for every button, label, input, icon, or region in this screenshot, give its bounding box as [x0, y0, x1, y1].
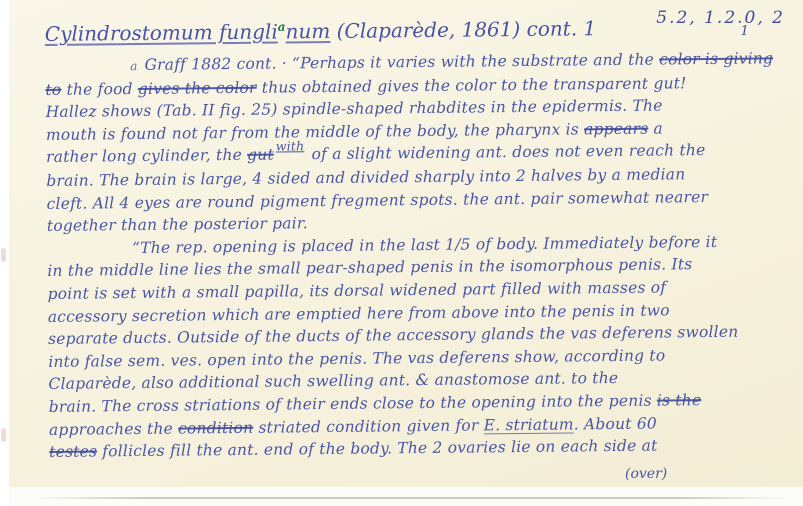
edge-pink-mark [1, 428, 6, 442]
struck-text-segment: condition [178, 418, 253, 437]
classification-number: 5.2, 1.2.0, 2 1 [656, 8, 785, 39]
text-segment: a [130, 59, 142, 73]
text-segment: mouth is found not far from the middle o… [46, 120, 584, 144]
text-segment: thus obtained gives the color to the tra… [256, 74, 686, 97]
classification-value: 5.2, 1.2.0, 2 [656, 8, 785, 28]
struck-text-segment: gives the color [138, 78, 257, 97]
inserted-word-segment: with [276, 136, 305, 159]
text-segment: brain. The cross striations of their end… [49, 391, 657, 415]
text-segment: the food [61, 80, 138, 99]
text-segment: (Claparède, 1861) cont. 1 [330, 16, 596, 43]
text-segment: of a slight widening ant. does not even … [306, 141, 705, 163]
text-segment: Graff 1882 cont. · “Perhaps it varies wi… [144, 51, 659, 74]
text-segment: num [285, 19, 330, 43]
card-body: a Graff 1882 cont. · “Perhaps it varies … [45, 47, 803, 464]
struck-text-segment: is the [657, 391, 702, 409]
text-segment: point is set with a small papilla, its d… [47, 278, 666, 302]
text-segment: striated condition given for [253, 416, 484, 436]
text-segment: E. striatum [484, 415, 574, 434]
text-segment: together than the posterior pair. [47, 214, 308, 235]
struck-text-segment: testes [49, 443, 97, 462]
over-note: (over) [625, 466, 667, 482]
text-segment: a [648, 119, 663, 137]
text-segment: Cylindrostomum fungli [45, 20, 278, 46]
text-segment: Claparède, also additional such swelling… [48, 369, 618, 393]
text-segment: cleft. All 4 eyes are round pigment freg… [47, 188, 709, 213]
card-bottom-shadow [30, 497, 790, 499]
green-correction-segment: a [278, 20, 286, 34]
handwritten-content: Cylindrostomum funglianum (Claparède, 18… [45, 14, 803, 464]
text-segment: brain. The brain is large, 4 sided and d… [46, 165, 685, 190]
text-segment: . About 60 [574, 414, 657, 433]
text-segment: rather long cylinder, the [46, 146, 247, 166]
struck-text-segment: appears [584, 119, 648, 138]
struck-text-segment: gut [247, 146, 274, 164]
edge-pink-mark [1, 248, 6, 262]
struck-text-segment: color is giving [659, 49, 773, 68]
struck-text-segment: to [45, 80, 61, 98]
text-segment: approaches the [49, 419, 178, 438]
text-segment: follicles fill the ant. end of the body.… [97, 437, 658, 461]
index-card: 5.2, 1.2.0, 2 1 Cylindrostomum funglianu… [7, 0, 803, 487]
